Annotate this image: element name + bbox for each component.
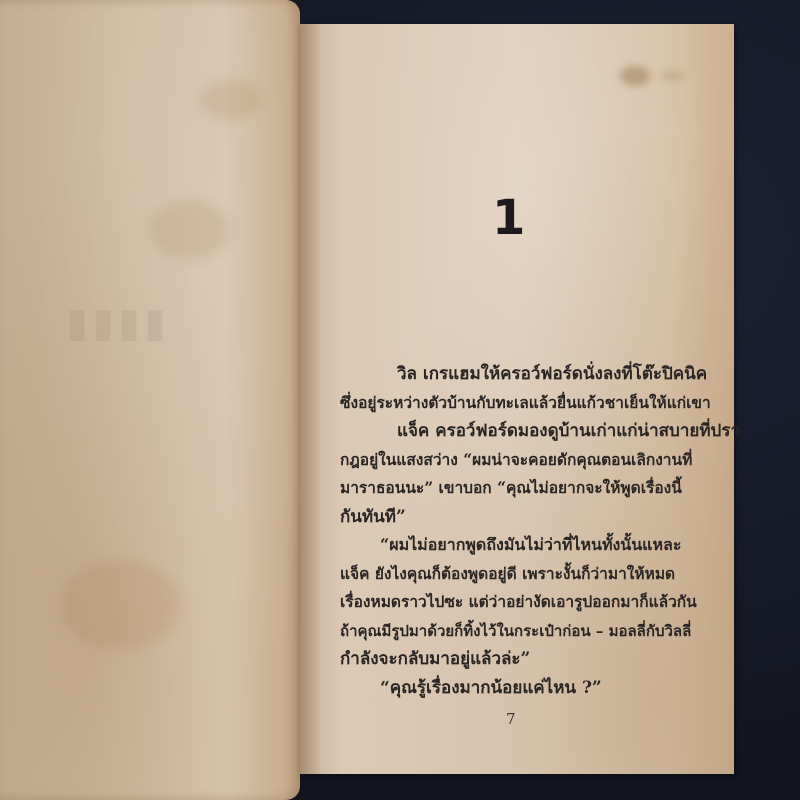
chapter-number: 1 xyxy=(492,194,525,242)
text-line: วิล เกรแฮมให้ครอว์ฟอร์ดนั่งลงที่โต๊ะปิคน… xyxy=(340,360,696,389)
gutter-shadow xyxy=(300,24,322,774)
text-line: กฎอยู่ในแสงสว่าง “ผมน่าจะคอยดักคุณตอนเลิ… xyxy=(340,446,696,475)
bleed-through-text: ▮▮▮▮ xyxy=(66,300,170,346)
text-line: กันทันที” xyxy=(340,503,696,532)
text-line: “คุณรู้เรื่องมากน้อยแค่ไหน ?” xyxy=(340,674,696,703)
text-line: กำลังจะกลับมาอยู่แล้วล่ะ” xyxy=(340,645,696,674)
paper-stain xyxy=(60,560,180,650)
text-line: “ผมไม่อยากพูดถึงมันไม่ว่าที่ไหนทั้งนั้นแ… xyxy=(340,531,696,560)
text-line: เรื่องหมดราวไปซะ แต่ว่าอย่างัดเอารูปออกม… xyxy=(340,588,696,617)
right-page: 1 วิล เกรแฮมให้ครอว์ฟอร์ดนั่งลงที่โต๊ะปิ… xyxy=(300,24,734,774)
text-line: ถ้าคุณมีรูปมาด้วยก็ทิ้งไว้ในกระเป๋าก่อน … xyxy=(340,617,696,646)
paper-stain xyxy=(620,66,650,86)
text-line: มาราธอนนะ” เขาบอก “คุณไม่อยากจะให้พูดเรื… xyxy=(340,474,696,503)
paper-stain xyxy=(150,200,230,260)
left-page: ▮▮▮▮ xyxy=(0,0,300,800)
page-number: 7 xyxy=(506,710,516,728)
paper-stain xyxy=(660,70,684,82)
paper-stain xyxy=(200,80,260,120)
text-line: แจ็ค ครอว์ฟอร์ดมองดูบ้านเก่าแก่น่าสบายที… xyxy=(340,417,696,446)
text-line: แจ็ค ยังไงคุณก็ต้องพูดอยู่ดี เพราะงั้นก็… xyxy=(340,560,696,589)
text-line: ซึ่งอยู่ระหว่างตัวบ้านกับทะเลแล้วยื่นแก้… xyxy=(340,389,696,418)
body-text: วิล เกรแฮมให้ครอว์ฟอร์ดนั่งลงที่โต๊ะปิคน… xyxy=(340,360,696,702)
